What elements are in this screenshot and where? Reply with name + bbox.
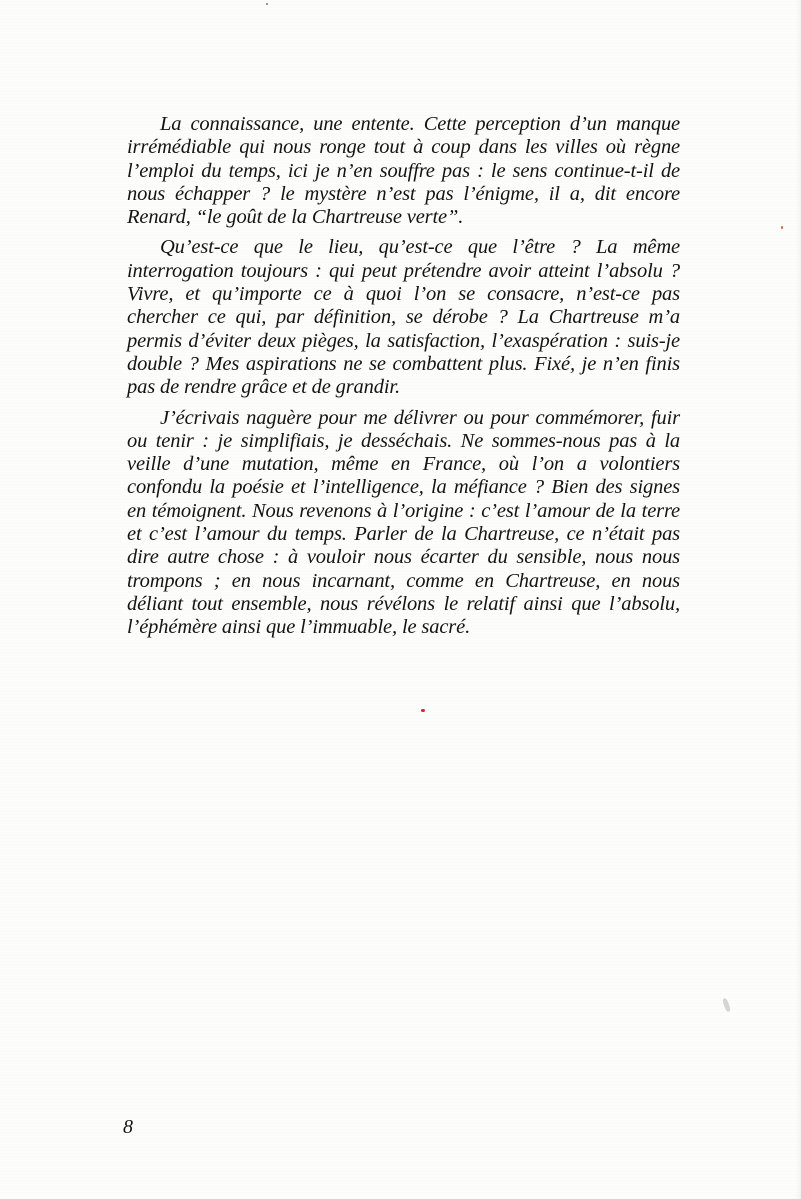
ink-speck: [266, 3, 268, 5]
paragraph-1: La connaissance, une entente. Cette perc…: [127, 113, 680, 229]
ink-speck: [781, 226, 783, 229]
page-number: 8: [123, 1116, 133, 1139]
book-page: La connaissance, une entente. Cette perc…: [0, 0, 801, 1199]
body-text: La connaissance, une entente. Cette perc…: [127, 113, 680, 647]
paragraph-3: J’écrivais naguère pour me délivrer ou p…: [127, 407, 680, 640]
page-edge-shadow: [795, 0, 801, 1199]
paragraph-2: Qu’est-ce que le lieu, qu’est-ce que l’ê…: [127, 236, 680, 399]
paper-blemish: [722, 998, 731, 1013]
ink-speck: [421, 709, 425, 712]
